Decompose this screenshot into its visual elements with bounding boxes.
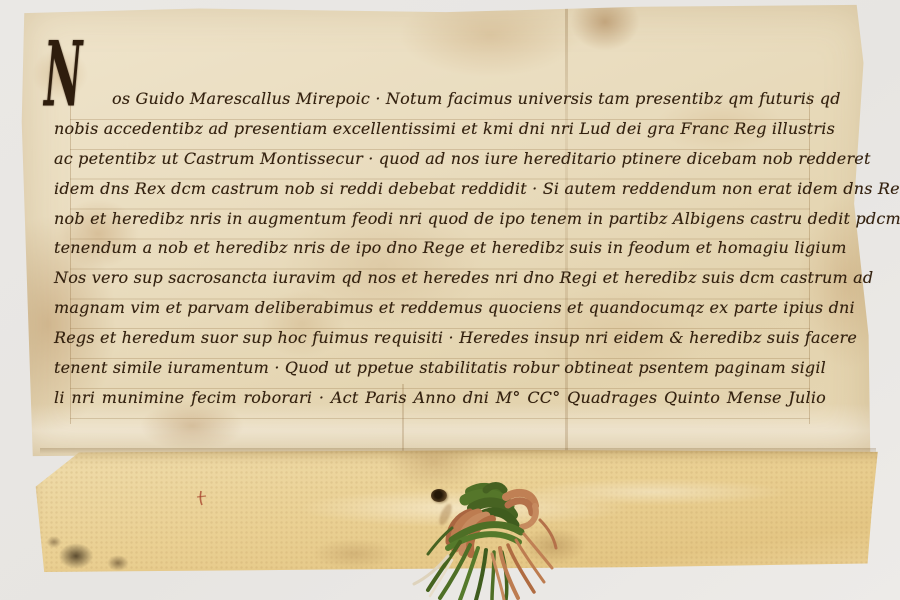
manuscript-line: Nos vero sup sacrosancta iuravim qd nos … [54,263,826,293]
manuscript-line: nob et heredibz nris in augmentum feodi … [54,204,826,234]
manuscript-text: os Guido Marescallus Mirepoic · Notum fa… [54,84,828,413]
manuscript-line: li nri munimine fecim roborari · Act Par… [54,383,826,413]
manuscript-line: idem dns Rex dcm castrum nob si reddi de… [54,174,826,204]
fold-shadow [40,448,876,454]
red-ink-mark [194,489,210,507]
manuscript-line: tenent simile iuramentum · Quod ut ppetu… [54,353,826,383]
seal-cords [396,476,574,600]
manuscript-line: ac petentibz ut Castrum Montissecur · qu… [54,144,826,174]
manuscript-line: nobis accedentibz ad presentiam excellen… [54,114,826,144]
manuscript-line: tenendum a nob et heredibz nris de ipo d… [54,233,826,263]
manuscript-line: magnam vim et parvam deliberabimus et re… [54,293,826,323]
charter-photo: N os Guido Marescallus Mirepoic · Notum … [0,0,900,600]
manuscript-line: os Guido Marescallus Mirepoic · Notum fa… [112,84,826,114]
manuscript-line: Regs et heredum suor sup hoc fuimus requ… [54,323,826,353]
